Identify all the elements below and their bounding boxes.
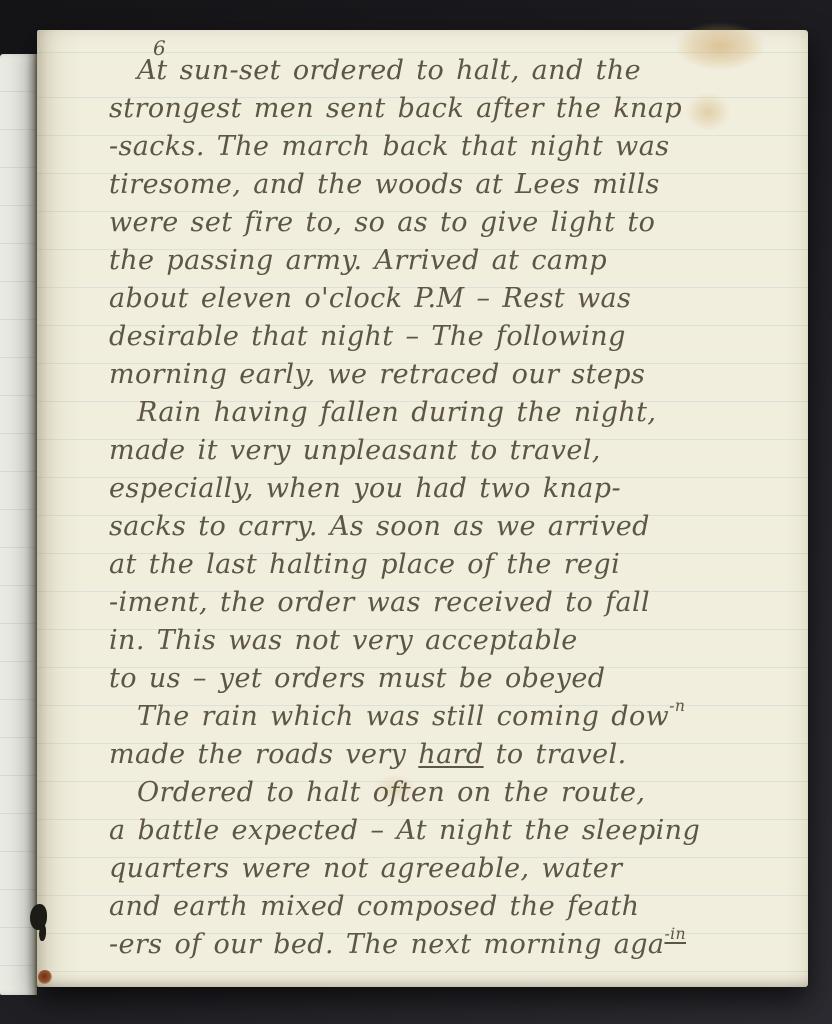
manuscript-word-run: The rain which was still coming dow <box>137 701 669 732</box>
manuscript-word-run: strongest men sent back after the knap <box>109 93 682 124</box>
manuscript-word-run: sacks to carry. As soon as we arrived <box>109 511 650 542</box>
manuscript-line: were set fire to, so as to give light to <box>109 204 805 242</box>
manuscript-word-run: -sacks. The march back that night was <box>109 131 669 162</box>
manuscript-line: The rain which was still coming dow-n <box>109 698 805 736</box>
manuscript-line: made the roads very hard to travel. <box>109 736 805 774</box>
manuscript-line: strongest men sent back after the knap <box>109 90 805 128</box>
manuscript-line: Ordered to halt often on the route, <box>109 774 805 812</box>
previous-page-edge <box>0 54 37 995</box>
manuscript-word-run: the passing army. Arrived at camp <box>109 245 607 276</box>
manuscript-line: -sacks. The march back that night was <box>109 128 805 166</box>
manuscript-line: a battle expected – At night the sleepin… <box>109 812 805 850</box>
manuscript-line: tiresome, and the woods at Lees mills <box>109 166 805 204</box>
ink-spot <box>38 970 52 984</box>
manuscript-word-run: made the roads very <box>109 739 418 770</box>
manuscript-word-run: Ordered to halt often on the route, <box>137 777 645 808</box>
journal-page: 6 At sun-set ordered to halt, and thestr… <box>37 30 808 987</box>
manuscript-word-run: at the last halting place of the regi <box>109 549 620 580</box>
inserted-word: -in <box>664 924 686 943</box>
manuscript-word-run: especially, when you had two knap- <box>109 473 621 504</box>
manuscript-word-run: -ers of our bed. The next morning aga <box>109 929 664 960</box>
manuscript-word-run: made it very unpleasant to travel, <box>109 435 601 466</box>
manuscript-word-run: a battle expected – At night the sleepin… <box>109 815 700 846</box>
manuscript-word-run: desirable that night – The following <box>109 321 626 352</box>
manuscript-line: and earth mixed composed the feath <box>109 888 805 926</box>
manuscript-word-run: -iment, the order was received to fall <box>109 587 650 618</box>
inserted-word: -n <box>669 696 685 715</box>
manuscript-line: to us – yet orders must be obeyed <box>109 660 805 698</box>
manuscript-line: especially, when you had two knap- <box>109 470 805 508</box>
manuscript-line: at the last halting place of the regi <box>109 546 805 584</box>
manuscript-word-run: At sun-set ordered to halt, and the <box>137 55 641 86</box>
manuscript-word-run: tiresome, and the woods at Lees mills <box>109 169 660 200</box>
manuscript-word-run: morning early, we retraced our steps <box>109 359 645 390</box>
manuscript-word-run: in. This was not very acceptable <box>109 625 578 656</box>
manuscript-line: in. This was not very acceptable <box>109 622 805 660</box>
manuscript-word-run: to us – yet orders must be obeyed <box>109 663 605 694</box>
manuscript-word-run: to travel. <box>484 739 627 770</box>
manuscript-word-run: hard <box>418 739 483 770</box>
manuscript-word-run: quarters were not agreeable, water <box>109 853 622 884</box>
manuscript-line: sacks to carry. As soon as we arrived <box>109 508 805 546</box>
manuscript-line: desirable that night – The following <box>109 318 805 356</box>
manuscript-line: -iment, the order was received to fall <box>109 584 805 622</box>
manuscript-line: about eleven o'clock P.M – Rest was <box>109 280 805 318</box>
manuscript-word-run: Rain having fallen during the night, <box>137 397 656 428</box>
manuscript-line: quarters were not agreeable, water <box>109 850 805 888</box>
manuscript-word-run: were set fire to, so as to give light to <box>109 207 655 238</box>
book-photo: 6 At sun-set ordered to halt, and thestr… <box>0 0 832 1024</box>
manuscript-line: -ers of our bed. The next morning aga-in <box>109 926 805 964</box>
manuscript-line: made it very unpleasant to travel, <box>109 432 805 470</box>
manuscript-text: At sun-set ordered to halt, and thestron… <box>109 52 805 964</box>
ink-blot <box>30 904 47 930</box>
manuscript-word-run: and earth mixed composed the feath <box>109 891 639 922</box>
manuscript-line: At sun-set ordered to halt, and the <box>109 52 805 90</box>
manuscript-word-run: about eleven o'clock P.M – Rest was <box>109 283 631 314</box>
manuscript-line: Rain having fallen during the night, <box>109 394 805 432</box>
manuscript-line: the passing army. Arrived at camp <box>109 242 805 280</box>
manuscript-line: morning early, we retraced our steps <box>109 356 805 394</box>
